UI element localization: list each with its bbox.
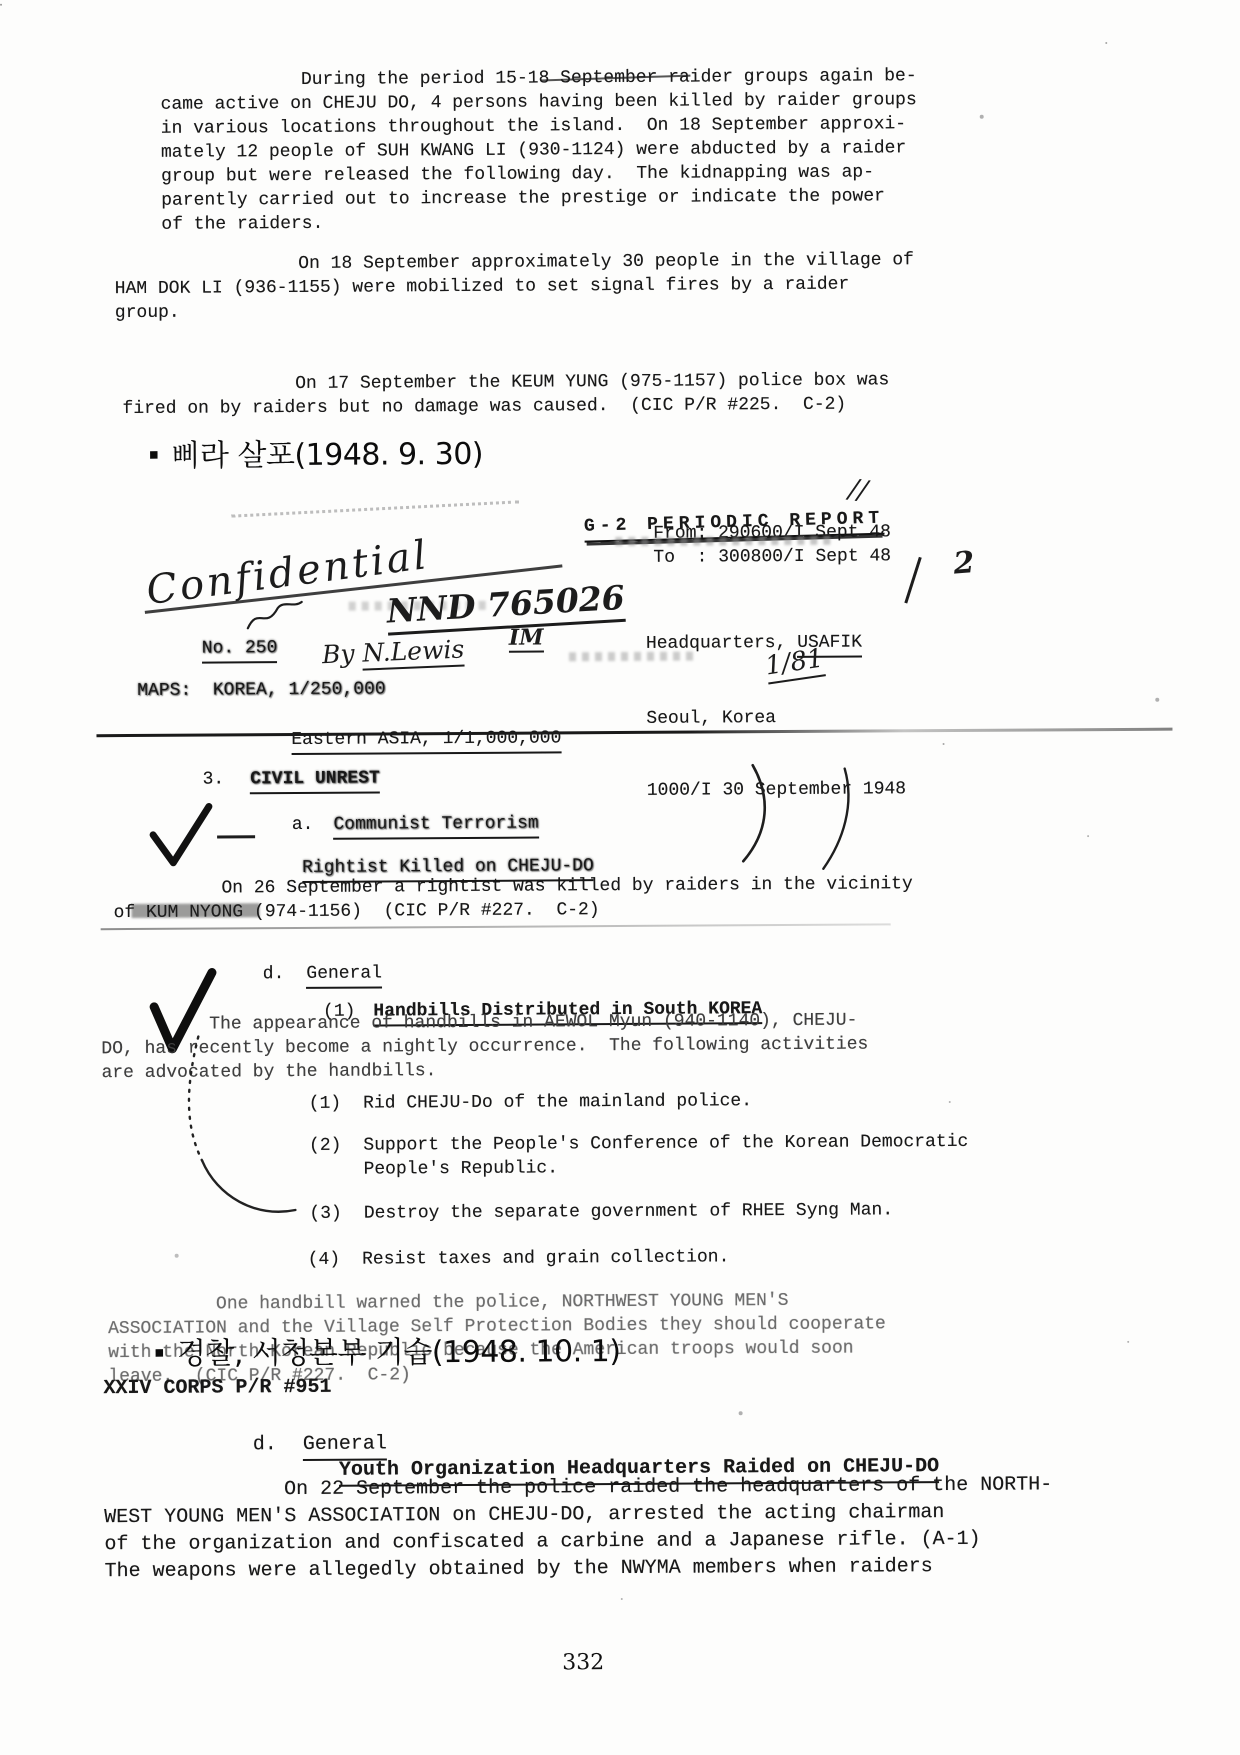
- list-item-number: (3): [309, 1202, 342, 1226]
- handwritten-nnd-number: NND 765026: [386, 578, 626, 636]
- list-item-text: Resist taxes and grain collection.: [362, 1245, 729, 1271]
- list-item: (1) Rid CHEJU-Do of the mainland police.: [309, 1089, 752, 1116]
- handwritten-number-2: 2: [952, 545, 975, 581]
- paragraph-raider-groups: During the period 15-18 September raider…: [160, 64, 1001, 237]
- faded-writing-smudge: [569, 652, 699, 662]
- list-item-text: Destroy the separate government of RHEE …: [364, 1198, 893, 1225]
- korean-caption-text: 경찰, 서청본부 기습(1948. 10. 1): [177, 1326, 621, 1373]
- maps-line-1: MAPS: KOREA, 1/250,000: [137, 677, 386, 703]
- handwritten-initials: IM: [509, 624, 544, 652]
- scan-noise-specks: [0, 4, 2, 6]
- handwritten-arc: [705, 756, 876, 875]
- square-bullet-icon: ▪: [149, 447, 159, 462]
- square-bullet-icon: ▪: [154, 1345, 164, 1360]
- list-item-number: (1): [309, 1092, 342, 1116]
- handwritten-by-line: By N.Lewis: [321, 634, 464, 672]
- faded-dotted-line: [231, 500, 519, 517]
- section-3-number: 3.: [203, 769, 225, 789]
- pen-slash-mark: [904, 557, 921, 604]
- document-sheet: During the period 15-18 September raider…: [0, 0, 1240, 1755]
- paragraph-ham-dok-li: On 18 September approximately 30 people …: [115, 248, 975, 325]
- youth-paragraph: On 22 September the police raided the he…: [104, 1471, 1115, 1585]
- korean-caption-text: 삐라 살포(1948. 9. 30): [171, 429, 483, 475]
- page-number: 332: [562, 1650, 604, 1675]
- korean-caption-leaflets: ▪ 삐라 살포(1948. 9. 30): [149, 429, 484, 475]
- list-item: (3) Destroy the separate government of R…: [309, 1198, 893, 1226]
- handwritten-arc: [156, 1028, 317, 1231]
- list-item-number: (4): [308, 1248, 341, 1272]
- korean-caption-police-raid: ▪ 경찰, 서청본부 기습(1948. 10. 1): [154, 1326, 621, 1373]
- file-number-text: No. 250: [202, 636, 278, 663]
- handwritten-review-date: 1/81: [710, 614, 830, 722]
- checkmark-icon: [145, 800, 219, 870]
- by-label: By: [321, 639, 363, 670]
- list-item-text: Rid CHEJU-Do of the mainland police.: [363, 1089, 752, 1115]
- corps-report-line: XXIV CORPS P/R #951: [103, 1374, 331, 1402]
- ink-smudge-overlay: [132, 903, 260, 918]
- illegible-stamp-smudge: [615, 536, 830, 546]
- list-item: (4) Resist taxes and grain collection.: [308, 1245, 730, 1272]
- scanned-document-page: During the period 15-18 September raider…: [0, 0, 1240, 1755]
- list-item-text: Support the People's Conference of the K…: [363, 1130, 968, 1182]
- by-name: N.Lewis: [362, 634, 465, 670]
- handwritten-squiggle-icon: [244, 598, 308, 634]
- review-date-text: 1/81: [763, 643, 826, 684]
- list-item-number: (2): [309, 1134, 342, 1182]
- paragraph-keum-yung: On 17 September the KEUM YUNG (975-1157)…: [122, 368, 982, 421]
- list-item: (2) Support the People's Conference of t…: [309, 1130, 969, 1182]
